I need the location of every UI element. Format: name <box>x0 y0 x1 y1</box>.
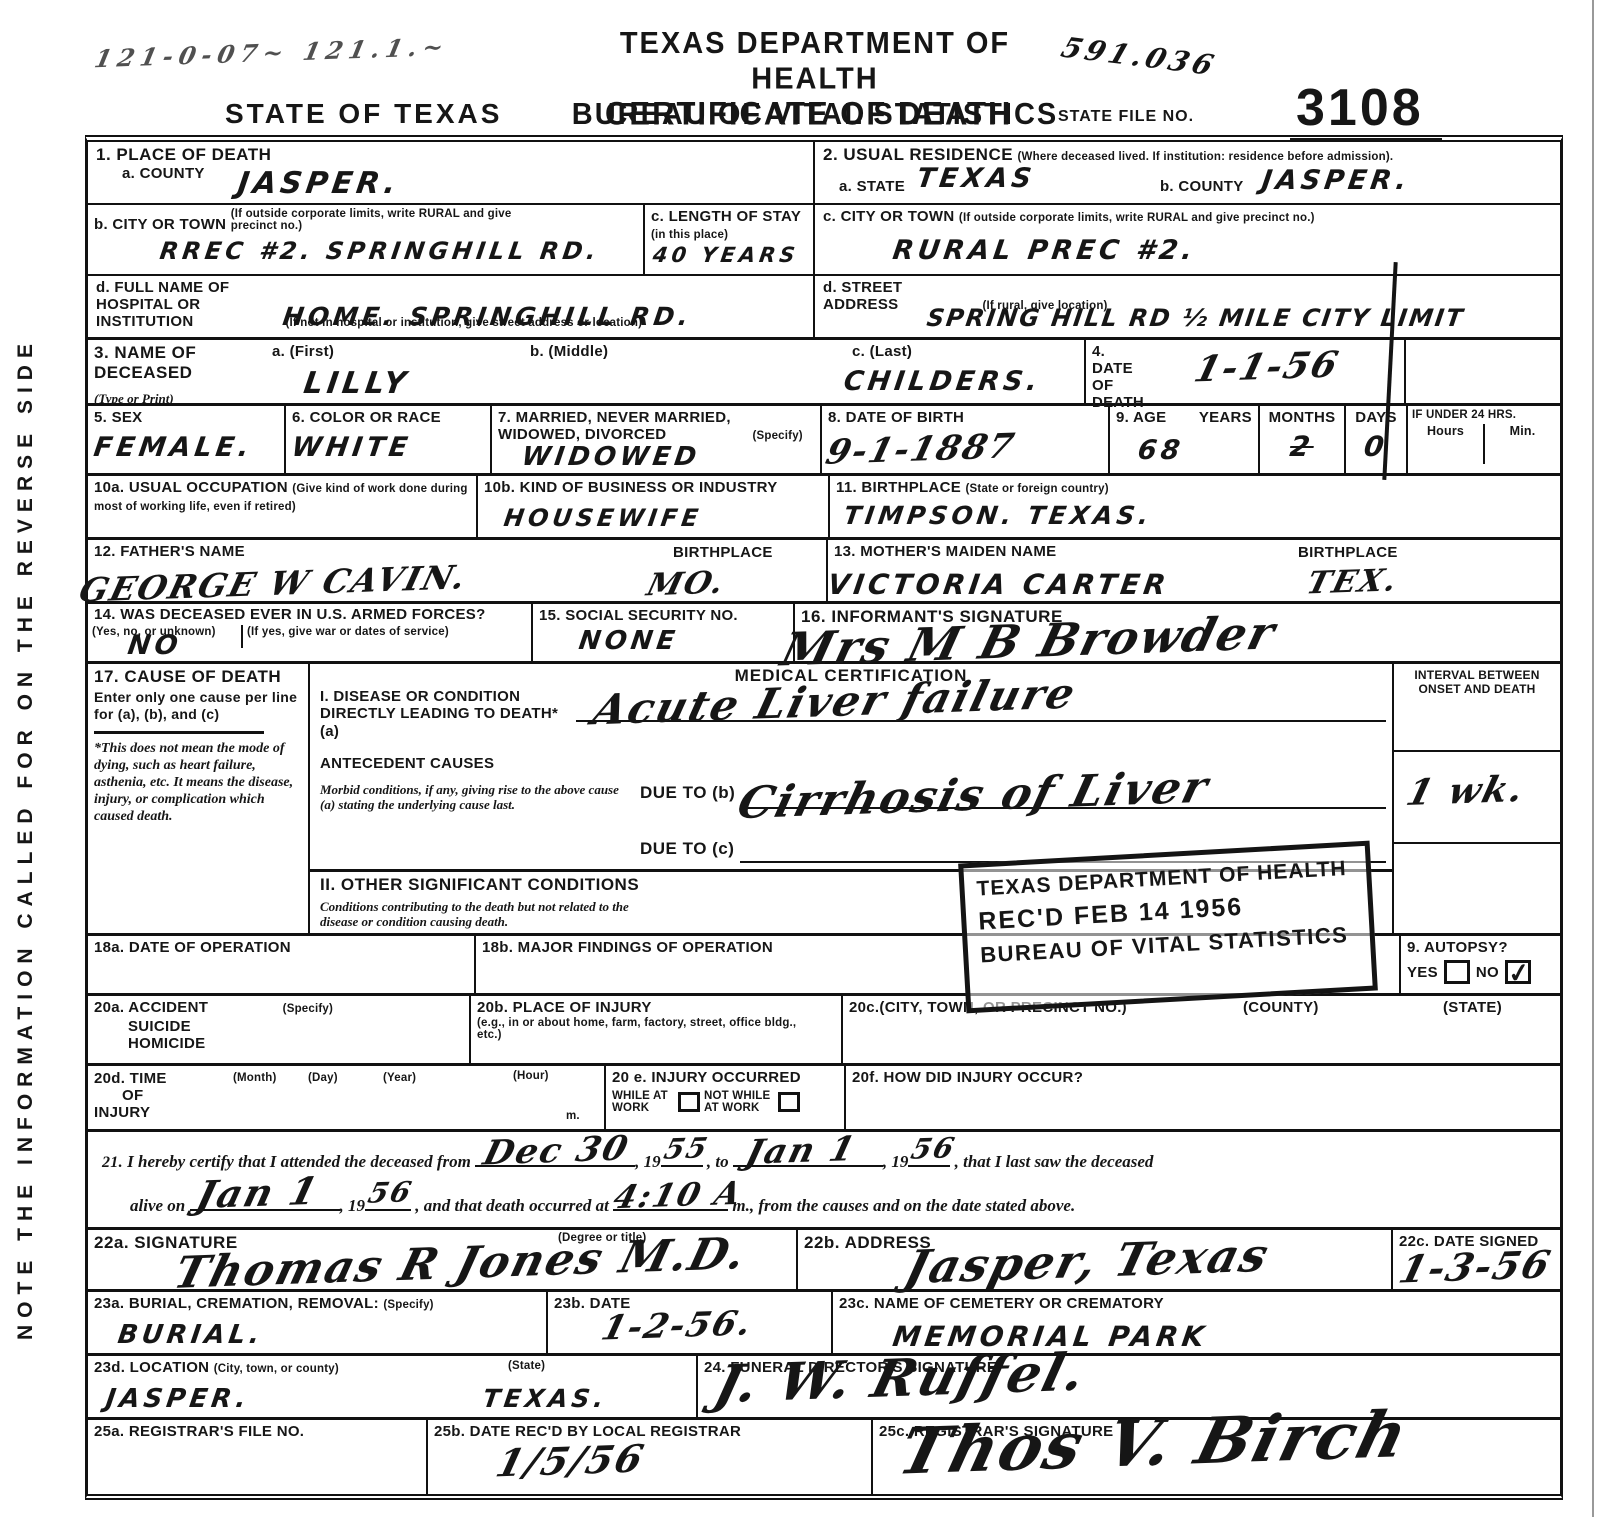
place-of-injury-hint: (e.g., in or about home, farm, factory, … <box>477 1017 797 1041</box>
city-or-town-label: b. CITY OR TOWN <box>94 216 226 233</box>
row-certify-statement: 21. I hereby certify that I attended the… <box>88 1132 1560 1230</box>
death-certificate-page: 121-0-07~ 121.1.~ TEXAS DEPARTMENT OF HE… <box>0 0 1600 1517</box>
interval-b-value: 1 wk. <box>1402 768 1530 814</box>
residence-state-value: TEXAS <box>915 163 1037 194</box>
autopsy-no-checkbox: ✓ <box>1505 960 1531 984</box>
certificate-title: CERTIFICATE OF DEATH <box>605 95 1012 133</box>
time-of-injury-label: 20d. TIME OF INJURY <box>94 1070 167 1121</box>
age-days-label: DAYS <box>1352 409 1400 426</box>
date-of-birth-value: 9-1-1887 <box>822 423 1109 473</box>
registrar-file-label: 25a. REGISTRAR'S FILE NO. <box>94 1423 420 1440</box>
certify-part6: m., from the causes and on the date stat… <box>732 1196 1075 1215</box>
name-of-deceased-hint: (Type or Print) <box>94 391 260 406</box>
length-of-stay-value: 40 YEARS <box>651 243 800 267</box>
while-at-work-label: WHILE AT WORK <box>612 1090 674 1114</box>
color-race-label: 6. COLOR OR RACE <box>292 409 484 426</box>
certify-sep3: , 19 <box>340 1196 366 1215</box>
city-or-town-hint: (If outside corporate limits, write RURA… <box>231 208 561 232</box>
section-usual-residence: 2. USUAL RESIDENCE (Where deceased lived… <box>815 142 1560 337</box>
injury-month-label: (Month) <box>233 1072 277 1084</box>
autopsy-label: 9. AUTOPSY? <box>1407 939 1554 956</box>
burial-date-value: 1-2-56. <box>597 1303 757 1348</box>
date-of-birth-label: 8. DATE OF BIRTH <box>828 409 1102 426</box>
street-address-label: d. STREET ADDRESS <box>823 279 918 313</box>
disease-condition-label1: I. DISEASE OR CONDITION <box>320 688 570 705</box>
how-injury-label: 20f. HOW DID INJURY OCCUR? <box>852 1069 1554 1086</box>
due-to-b-label: DUE TO (b) <box>640 783 735 809</box>
hours-label: Hours <box>1408 424 1485 464</box>
scan-edge-line <box>1592 0 1594 1517</box>
mother-birthplace-label: BIRTHPLACE <box>1298 544 1398 561</box>
marital-label: 7. MARRIED, NEVER MARRIED, WIDOWED, DIVO… <box>498 409 748 443</box>
name-of-deceased-label: 3. NAME OF DECEASED <box>94 343 260 383</box>
father-birthplace-label: BIRTHPLACE <box>673 544 773 561</box>
ssn-value: NONE <box>577 626 789 656</box>
under-24-label: IF UNDER 24 HRS. <box>1408 406 1560 424</box>
burial-location-label: 23d. LOCATION <box>94 1359 209 1376</box>
funeral-director-signature: J. W. Ruffel. <box>709 1342 1094 1416</box>
burial-label: 23a. BURIAL, CREMATION, REMOVAL: <box>94 1295 379 1312</box>
date-of-death-value: 1-1-56 <box>1190 344 1344 391</box>
accident-label: 20a. ACCIDENT (Specify) SUICIDE HOMICIDE <box>94 999 463 1052</box>
burial-location-hint: (City, town, or county) <box>214 1363 339 1375</box>
residence-state-label: a. STATE <box>839 178 905 195</box>
injury-hour-label: (Hour) <box>513 1070 549 1082</box>
industry-value: HOUSEWIFE <box>502 504 824 532</box>
age-months-label: MONTHS <box>1266 409 1338 426</box>
physician-address-value: Jasper, Texas <box>900 1228 1276 1295</box>
date-signed-value: 1-3-56 <box>1395 1241 1557 1291</box>
cause-of-death-label: 17. CAUSE OF DEATH <box>94 667 302 687</box>
age-years-value: 68 <box>1136 435 1254 466</box>
injury-state-label: (STATE) <box>1443 999 1502 1016</box>
age-years-label: YEARS <box>1199 409 1252 426</box>
row-sex-age: 5. SEX FEMALE. 6. COLOR OR RACE WHITE 7.… <box>88 406 1560 476</box>
cause-b-value: Cirrhosis of Liver <box>733 762 1215 829</box>
sex-value: FEMALE. <box>92 432 280 463</box>
row-physician: 22a. SIGNATURE (Degree or title) Thomas … <box>88 1230 1560 1292</box>
row-registrar: 25a. REGISTRAR'S FILE NO. 25b. DATE REC'… <box>88 1420 1560 1494</box>
injury-county-label: (COUNTY) <box>1243 999 1319 1016</box>
autopsy-no-label: NO <box>1476 964 1499 981</box>
reverse-side-note: NOTE THE INFORMATION CALLED FOR ON THE R… <box>14 330 38 1340</box>
interval-label: INTERVAL BETWEEN ONSET AND DEATH <box>1398 668 1556 696</box>
while-at-work-checkbox <box>678 1092 700 1112</box>
birthplace-label: 11. BIRTHPLACE <box>836 479 961 496</box>
year2-value: 56 <box>907 1126 961 1171</box>
death-time-value: 4:10 A <box>609 1171 748 1219</box>
certify-sep1: , 19 <box>635 1152 661 1171</box>
department-line1: TEXAS DEPARTMENT OF HEALTH <box>555 25 1075 96</box>
attended-to-value: Jan 1 <box>741 1127 861 1175</box>
county-value: JASPER. <box>236 166 402 201</box>
armed-forces-label: 14. WAS DECEASED EVER IN U.S. ARMED FORC… <box>88 604 531 625</box>
state-file-no-label: STATE FILE NO. <box>1058 108 1194 126</box>
cemetery-label: 23c. NAME OF CEMETERY OR CREMATORY <box>839 1295 1554 1312</box>
armed-forces-hint2: (If yes, give war or dates of service) <box>243 625 531 648</box>
residence-city-label: c. CITY OR TOWN <box>823 208 954 225</box>
autopsy-yes-checkbox <box>1444 960 1470 984</box>
length-of-stay-hint: (in this place) <box>651 229 728 241</box>
hospital-name-value: HOME. SPRINGHILL RD. <box>281 302 694 331</box>
certify-sep2: , 19 <box>883 1152 909 1171</box>
state-file-no-value: 3108 <box>1290 78 1442 141</box>
year3-value: 56 <box>363 1170 417 1215</box>
row-parents: 12. FATHER'S NAME BIRTHPLACE GEORGE W CA… <box>88 540 1560 604</box>
mother-name-label: 13. MOTHER'S MAIDEN NAME <box>834 543 1056 560</box>
row-name-date: 3. NAME OF DECEASED (Type or Print) a. (… <box>88 340 1560 406</box>
date-of-operation-label: 18a. DATE OF OPERATION <box>94 939 468 956</box>
industry-label: 10b. KIND OF BUSINESS OR INDUSTRY <box>484 479 822 496</box>
date-of-death-label: 4. DATE OF DEATH <box>1092 343 1150 411</box>
alive-on-value: Jan 1 <box>191 1169 323 1217</box>
city-or-town-value: RREC #2. SPRINGHILL RD. <box>158 237 602 265</box>
residence-county-value: JASPER. <box>1260 165 1413 196</box>
ssn-label: 15. SOCIAL SECURITY NO. <box>539 607 787 624</box>
first-name-label: a. (First) <box>272 343 334 360</box>
handwritten-scribble: 121-0-07~ 121.1.~ <box>92 32 452 74</box>
certify-part5: , and that death occurred at <box>415 1196 609 1215</box>
not-while-label: NOT WHILE AT WORK <box>704 1090 774 1114</box>
injury-day-label: (Day) <box>308 1072 338 1084</box>
first-name-value: LILLY <box>302 366 412 401</box>
year1-value: 55 <box>659 1126 713 1171</box>
certify-part4: alive on <box>130 1196 185 1215</box>
mother-name-value: VICTORIA CARTER <box>826 568 1172 601</box>
usual-residence-hint: (Where deceased lived. If institution: r… <box>1018 151 1394 163</box>
row-injury-place: 20a. ACCIDENT (Specify) SUICIDE HOMICIDE… <box>88 996 1560 1066</box>
county-label: a. COUNTY <box>122 165 205 182</box>
length-of-stay-label: c. LENGTH OF STAY <box>651 208 807 225</box>
row-place-residence: 1. PLACE OF DEATH a. COUNTY JASPER. b. C… <box>88 142 1560 340</box>
received-stamp: TEXAS DEPARTMENT OF HEALTH REC'D FEB 14 … <box>958 841 1378 1014</box>
certify-part3: , that I last saw the deceased <box>955 1152 1154 1171</box>
burial-value: BURIAL. <box>116 1320 265 1350</box>
burial-hint: (Specify) <box>383 1299 433 1311</box>
birthplace-value: TIMPSON. TEXAS. <box>842 501 1556 530</box>
occupation-label: 10a. USUAL OCCUPATION <box>94 479 288 496</box>
mother-birthplace-value: TEX. <box>1303 562 1402 601</box>
father-name-value: GEORGE W CAVIN. <box>75 557 471 609</box>
not-while-checkbox <box>778 1092 800 1112</box>
accident-hint: (Specify) <box>283 1003 333 1015</box>
cause-note1: Enter only one cause per line for (a), (… <box>94 689 302 723</box>
color-race-value: WHITE <box>290 432 486 463</box>
burial-city-value: JASPER. <box>104 1384 252 1414</box>
father-name-label: 12. FATHER'S NAME <box>94 543 245 560</box>
section-place-of-death: 1. PLACE OF DEATH a. COUNTY JASPER. b. C… <box>88 142 815 337</box>
last-name-value: CHILDERS. <box>842 366 1043 397</box>
antecedent-label: ANTECEDENT CAUSES <box>320 755 640 772</box>
state-of-texas-label: STATE OF TEXAS <box>225 98 502 130</box>
certify-num: 21. <box>102 1154 123 1171</box>
attended-from-value: Dec 30 <box>479 1127 634 1176</box>
injury-m-label: m. <box>566 1110 580 1122</box>
street-address-value: SPRING HILL RD ½ MILE CITY LIMIT <box>925 304 1466 332</box>
hospital-name-label: d. FULL NAME OF HOSPITAL OR INSTITUTION <box>96 279 281 330</box>
residence-city-hint: (If outside corporate limits, write RURA… <box>959 212 1315 224</box>
other-conditions-hint: Conditions contributing to the death but… <box>320 899 650 929</box>
injury-year-label: (Year) <box>383 1072 416 1084</box>
registrar-date-label: 25b. DATE REC'D BY LOCAL REGISTRAR <box>434 1423 865 1440</box>
autopsy-yes-label: YES <box>1407 964 1438 981</box>
marital-hint: (Specify) <box>752 430 802 442</box>
place-of-injury-label: 20b. PLACE OF INJURY <box>477 999 652 1016</box>
cause-note2: *This does not mean the mode of dying, s… <box>94 740 302 825</box>
age-days-value: 0 <box>1350 430 1403 463</box>
row-burial: 23a. BURIAL, CREMATION, REMOVAL: (Specif… <box>88 1292 1560 1356</box>
row-forces-ssn-informant: 14. WAS DECEASED EVER IN U.S. ARMED FORC… <box>88 604 1560 664</box>
disease-condition-label2: DIRECTLY LEADING TO DEATH* <box>320 705 558 722</box>
sex-label: 5. SEX <box>94 409 278 426</box>
father-birthplace-value: MO. <box>643 565 729 604</box>
age-months-value: 2 <box>1264 430 1341 463</box>
marital-value: WIDOWED <box>520 442 702 472</box>
usual-residence-title: 2. USUAL RESIDENCE <box>823 145 1013 164</box>
antecedent-hint: Morbid conditions, if any, giving rise t… <box>320 782 620 812</box>
place-of-death-title: 1. PLACE OF DEATH <box>96 145 805 165</box>
certify-part2: , to <box>707 1152 729 1171</box>
disease-a-tag: (a) <box>320 723 339 740</box>
age-label: 9. AGE <box>1116 409 1166 426</box>
injury-occurred-label: 20 e. INJURY OCCURRED <box>612 1069 838 1086</box>
middle-name-label: b. (Middle) <box>530 343 608 360</box>
check-icon: ✓ <box>1507 962 1530 985</box>
birthplace-hint: (State or foreign country) <box>966 483 1109 495</box>
min-label: Min. <box>1485 424 1560 464</box>
burial-state-value: TEXAS. <box>481 1384 609 1413</box>
physician-signature-value: Thomas R Jones M.D. <box>169 1228 752 1299</box>
handwritten-file-number: 591.036 <box>1057 31 1221 82</box>
certificate-form: 1. PLACE OF DEATH a. COUNTY JASPER. b. C… <box>85 135 1563 1500</box>
registrar-date-value: 1/5/56 <box>492 1435 650 1485</box>
row-occupation-birthplace: 10a. USUAL OCCUPATION (Give kind of work… <box>88 476 1560 540</box>
empty-cell <box>1406 340 1560 403</box>
last-name-label: c. (Last) <box>852 343 912 360</box>
armed-forces-value: NO <box>126 630 184 661</box>
row-injury-time: 20d. TIME OF INJURY (Month) (Day) (Year)… <box>88 1066 1560 1132</box>
due-to-c-label: DUE TO (c) <box>640 839 734 863</box>
burial-state-hint: (State) <box>508 1360 545 1372</box>
residence-county-label: b. COUNTY <box>1160 178 1244 195</box>
residence-city-value: RURAL PREC #2. <box>891 235 1198 266</box>
